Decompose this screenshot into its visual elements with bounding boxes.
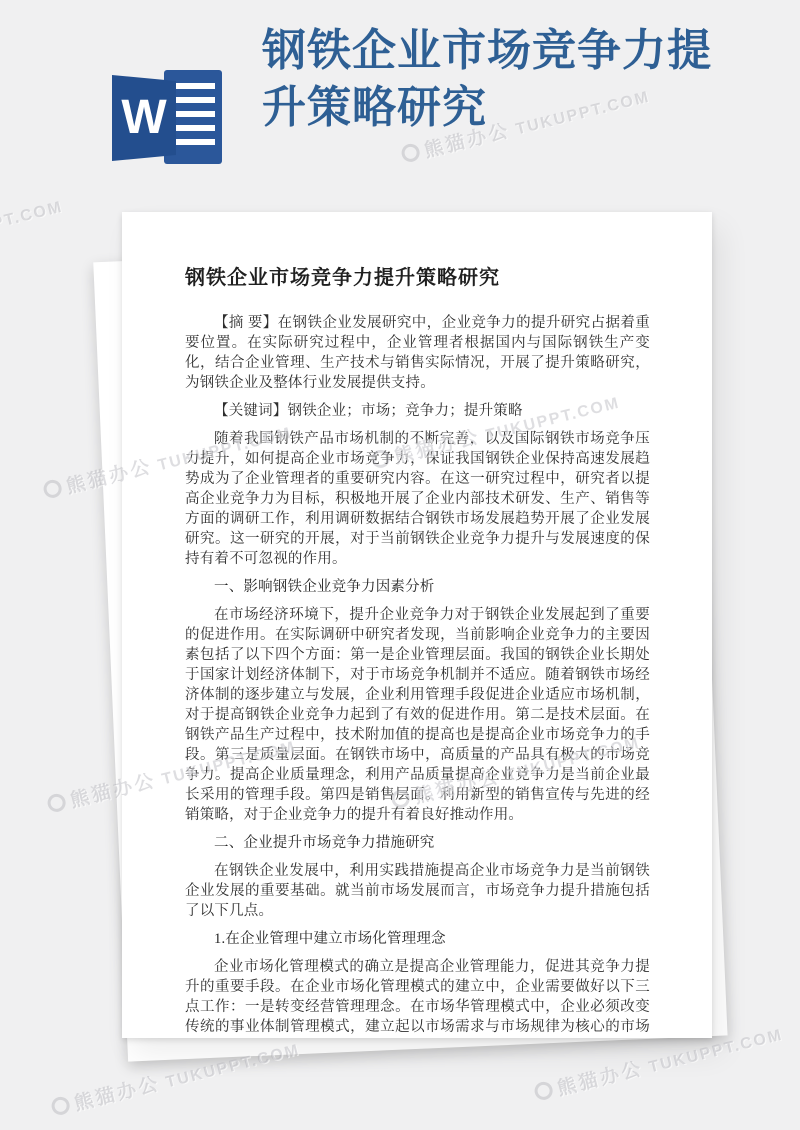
word-icon-text-lines	[175, 83, 215, 153]
paragraph-heading: 二、企业提升市场竞争力措施研究	[185, 833, 650, 853]
paragraph-subheading: 1.在企业管理中建立市场化管理理念	[185, 929, 650, 949]
panda-logo-icon	[46, 792, 68, 814]
panda-logo-icon	[533, 1080, 555, 1102]
document-title: 钢铁企业市场竞争力提升策略研究	[185, 268, 650, 289]
document-body: 【摘 要】在钢铁企业发展研究中，企业竞争力的提升研究占据着重要位置。在实际研究过…	[185, 313, 650, 1038]
paragraph-abstract: 【摘 要】在钢铁企业发展研究中，企业竞争力的提升研究占据着重要位置。在实际研究过…	[185, 313, 650, 393]
paragraph-heading: 一、影响钢铁企业竞争力因素分析	[185, 577, 650, 597]
watermark: 熊猫办公TUKUPPT.COM	[0, 191, 65, 279]
panda-logo-icon	[42, 478, 64, 500]
paragraph-body: 企业市场化管理模式的确立是提高企业管理能力，促进其竞争力提升的重要手段。在企业市…	[185, 957, 650, 1038]
header: W 钢铁企业市场竞争力提升策略研究	[0, 0, 800, 200]
document-page: 钢铁企业市场竞争力提升策略研究 【摘 要】在钢铁企业发展研究中，企业竞争力的提升…	[122, 212, 712, 1038]
word-icon-letter: W	[121, 94, 166, 142]
word-document-icon: W	[112, 70, 222, 168]
watermark-brand-cn: 熊猫办公	[555, 1058, 645, 1100]
page-title-link[interactable]: 钢铁企业市场竞争力提升策略研究	[262, 22, 747, 136]
word-icon-cover: W	[112, 75, 176, 161]
paragraph-body: 在钢铁企业发展中，利用实践措施提高企业市场竞争力是当前钢铁企业发展的重要基础。就…	[185, 861, 650, 921]
document-content: 钢铁企业市场竞争力提升策略研究 【摘 要】在钢铁企业发展研究中，企业竞争力的提升…	[122, 212, 712, 1038]
watermark-brand-en: TUKUPPT.COM	[0, 199, 65, 249]
page-background: W 钢铁企业市场竞争力提升策略研究 钢铁企业市场竞争力提升策略研究 【摘 要】在…	[0, 0, 800, 1130]
paragraph-body: 随着我国钢铁产品市场机制的不断完善，以及国际钢铁市场竞争压力提升，如何提高企业市…	[185, 429, 650, 569]
panda-logo-icon	[50, 1095, 72, 1117]
paragraph-keywords: 【关键词】钢铁企业；市场；竞争力；提升策略	[185, 401, 650, 421]
watermark-brand-cn: 熊猫办公	[72, 1073, 162, 1115]
paragraph-body: 在市场经济环境下，提升企业竞争力对于钢铁企业发展起到了重要的促进作用。在实际调研…	[185, 605, 650, 825]
